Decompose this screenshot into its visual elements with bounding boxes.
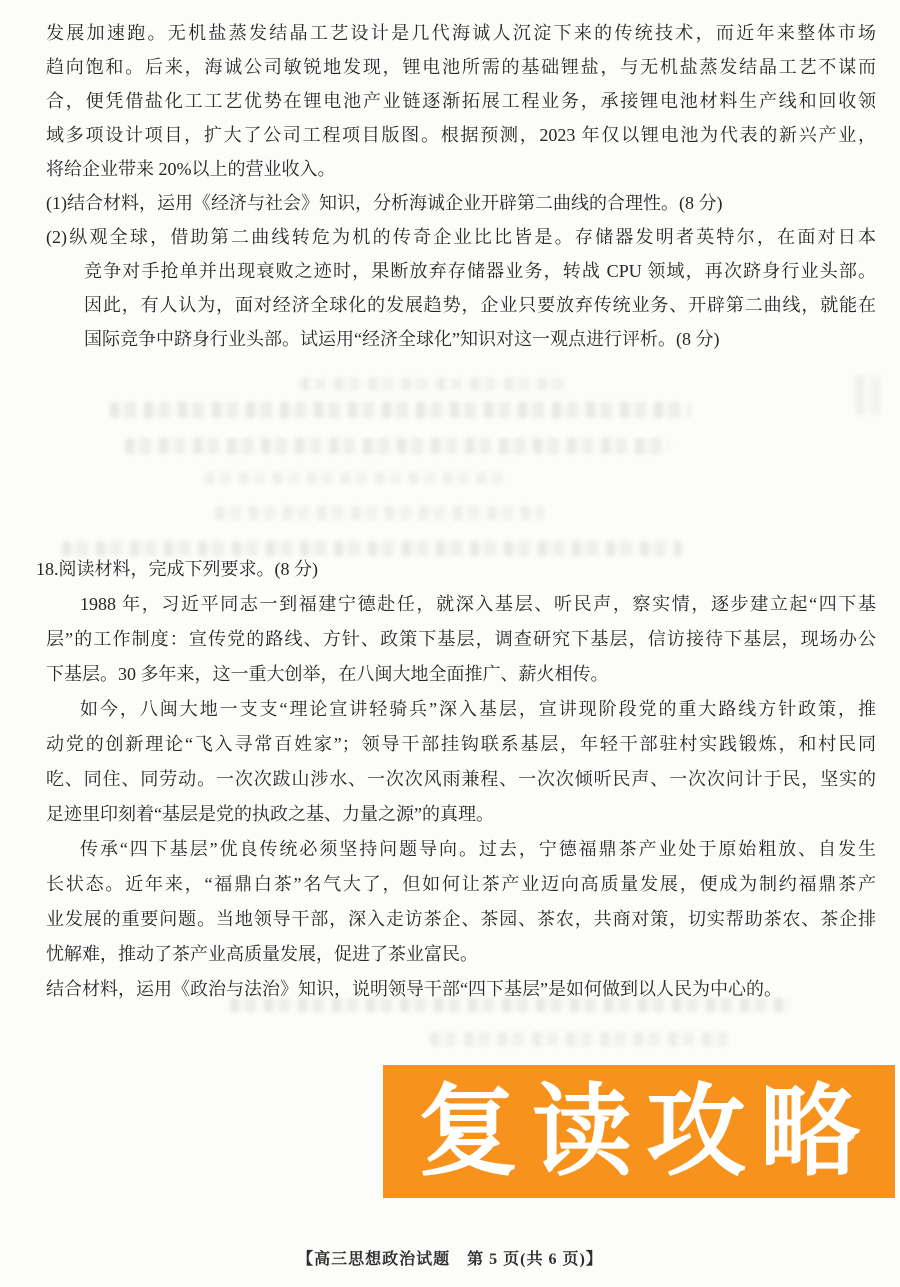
- bleedthrough-smudge: [125, 438, 670, 454]
- bleedthrough-smudge: [205, 472, 505, 484]
- text-line: 域多项设计项目，扩大了公司工程项目版图。根据预测，2023 年仅以锂电池为代表的…: [46, 118, 876, 152]
- text-line: 足迹里印刻着“基层是党的执政之基、力量之源”的真理。: [46, 797, 876, 832]
- bleedthrough-smudge: [110, 402, 690, 418]
- bleedthrough-smudge: [300, 378, 570, 390]
- text-line: (2)纵观全球，借助第二曲线转危为机的传奇企业比比皆是。存储器发明者英特尔，在面…: [46, 220, 876, 254]
- text-line: 如今，八闽大地一支支“理论宣讲轻骑兵”深入基层，宣讲现阶段党的重大路线方针政策，…: [46, 692, 876, 727]
- text-line: 将给企业带来 20%以上的营业收入。: [46, 152, 876, 186]
- text-line: 业发展的重要问题。当地领导干部，深入走访茶企、茶园、茶农，共商对策，切实帮助茶农…: [46, 902, 876, 937]
- bleedthrough-smudge: [430, 1032, 730, 1046]
- text-line: 国际竞争中跻身行业头部。试运用“经济全球化”知识对这一观点进行评析。(8 分): [46, 322, 876, 356]
- page-body: 发展加速跑。无机盐蒸发结晶工艺设计是几代海诚人沉淀下来的传统技术，而近年来整体市…: [0, 0, 900, 1007]
- bleedthrough-smudge: [62, 541, 682, 556]
- q18-paragraph-3: 传承“四下基层”优良传统必须坚持问题导向。过去，宁德福鼎茶产业处于原始粗放、自发…: [46, 832, 876, 972]
- text-line: 发展加速跑。无机盐蒸发结晶工艺设计是几代海诚人沉淀下来的传统技术，而近年来整体市…: [46, 16, 876, 50]
- q17-subquestion-1: (1)结合材料，运用《经济与社会》知识，分析海诚企业开辟第二曲线的合理性。(8 …: [46, 186, 876, 220]
- bleedthrough-smudge: [230, 998, 790, 1012]
- q18-paragraph-1: 1988 年，习近平同志一到福建宁德赴任，就深入基层、听民声，察实情，逐步建立起…: [46, 587, 876, 692]
- promo-banner-text: 复读攻略: [404, 1082, 874, 1182]
- text-line: 动党的创新理论“飞入寻常百姓家”；领导干部挂钩联系基层，年轻干部驻村实践锻炼，和…: [46, 727, 876, 762]
- text-line: 忧解难，推动了茶产业高质量发展，促进了茶业富民。: [46, 937, 876, 972]
- question-18: 18.阅读材料，完成下列要求。(8 分) 1988 年，习近平同志一到福建宁德赴…: [46, 552, 876, 1007]
- text-line: 合，便凭借盐化工工艺优势在锂电池产业链逐渐拓展工程业务，承接锂电池材料生产线和回…: [46, 84, 876, 118]
- q18-paragraph-2: 如今，八闽大地一支支“理论宣讲轻骑兵”深入基层，宣讲现阶段党的重大路线方针政策，…: [46, 692, 876, 832]
- bleedthrough-smudge: [855, 375, 883, 415]
- text-line: 1988 年，习近平同志一到福建宁德赴任，就深入基层、听民声，察实情，逐步建立起…: [46, 587, 876, 622]
- text-line: 因此，有人认为，面对经济全球化的发展趋势，企业只要放弃传统业务、开辟第二曲线，就…: [46, 288, 876, 322]
- promo-banner: 复读攻略: [383, 1065, 895, 1198]
- text-line: 层”的工作制度：宣传党的路线、方针、政策下基层，调查研究下基层，信访接待下基层，…: [46, 622, 876, 657]
- text-line: 吃、同住、同劳动。一次次跋山涉水、一次次风雨兼程、一次次倾听民声、一次次问计于民…: [46, 762, 876, 797]
- q18-header: 18.阅读材料，完成下列要求。(8 分): [36, 552, 876, 587]
- text-line: 下基层。30 多年来，这一重大创举，在八闽大地全面推广、薪火相传。: [46, 657, 876, 692]
- text-line: 竞争对手抢单并出现衰败之迹时，果断放弃存储器业务，转战 CPU 领域，再次跻身行…: [46, 254, 876, 288]
- text-line: 趋向饱和。后来，海诚公司敏锐地发现，锂电池所需的基础锂盐，与无机盐蒸发结晶工艺不…: [46, 50, 876, 84]
- q17-material: 发展加速跑。无机盐蒸发结晶工艺设计是几代海诚人沉淀下来的传统技术，而近年来整体市…: [46, 16, 876, 186]
- text-line: 传承“四下基层”优良传统必须坚持问题导向。过去，宁德福鼎茶产业处于原始粗放、自发…: [46, 832, 876, 867]
- exam-page-scan: 发展加速跑。无机盐蒸发结晶工艺设计是几代海诚人沉淀下来的传统技术，而近年来整体市…: [0, 0, 900, 1287]
- text-line: 长状态。近年来，“福鼎白茶”名气大了，但如何让茶产业迈向高质量发展，便成为制约福…: [46, 867, 876, 902]
- q17-subquestion-2: (2)纵观全球，借助第二曲线转危为机的传奇企业比比皆是。存储器发明者英特尔，在面…: [46, 220, 876, 356]
- bleedthrough-smudge: [215, 506, 545, 520]
- page-footer: 【高三思想政治试题 第 5 页(共 6 页)】: [0, 1246, 900, 1269]
